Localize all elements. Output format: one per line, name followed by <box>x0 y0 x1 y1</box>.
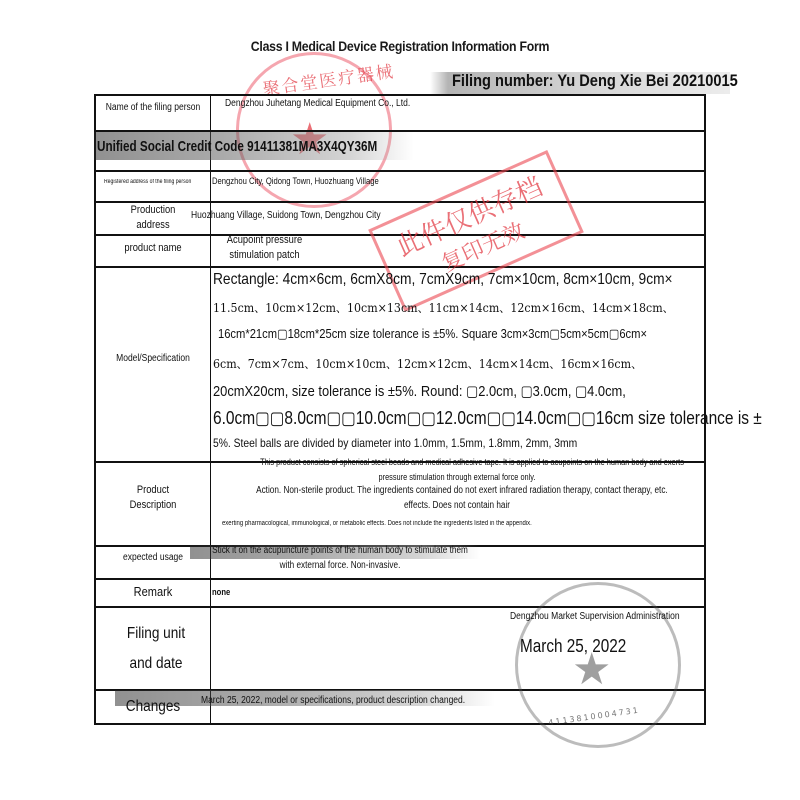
product-description-label-line1: Product <box>105 483 202 498</box>
production-address-value: Huozhuang Village, Suidong Town, Dengzho… <box>191 210 381 221</box>
expected-usage-line2: with external force. Non-invasive. <box>209 560 471 571</box>
product-name-value: Acupoint pressure stimulation patch <box>220 233 309 263</box>
filing-person-label: Name of the filing person <box>105 101 202 115</box>
registered-address-value: Dengzhou City, Qidong Town, Huozhuang Vi… <box>212 176 379 186</box>
model-spec-line: 11.5cm、10cm×12cm、10cm×13cm、11cm×14cm、12c… <box>213 299 674 316</box>
filing-unit-label-line2: and date <box>105 649 207 679</box>
filing-unit-label: Filing unit and date <box>105 619 207 678</box>
model-spec-label: Model/Specification <box>105 352 202 366</box>
remark-label: Remark <box>105 583 202 601</box>
product-name-line1: Acupoint pressure <box>220 233 309 248</box>
production-address-label: Production address <box>105 203 202 233</box>
filing-unit-label-line1: Filing unit <box>105 619 207 649</box>
model-spec-line: 20cmX20cm, size tolerance is ±5%. Round:… <box>213 382 626 400</box>
product-description-line: This product consists of spherical steel… <box>259 457 685 467</box>
production-address-label-line2: address <box>105 218 202 233</box>
changes-value: March 25, 2022, model or specifications,… <box>201 695 465 706</box>
model-spec-line: 6cm、7cm×7cm、10cm×10cm、12cm×12cm、14cm×14c… <box>213 355 642 372</box>
table-top-border <box>94 94 706 96</box>
product-description-line: pressure stimulation through external fo… <box>256 472 658 482</box>
filing-unit-name: Dengzhou Market Supervision Administrati… <box>510 611 680 622</box>
remark-value: none <box>212 587 230 597</box>
filing-person-value: Dengzhou Juhetang Medical Equipment Co.,… <box>225 98 410 109</box>
model-spec-line: Rectangle: 4cm×6cm, 6cmX8cm, 7cmX9cm, 7c… <box>213 271 673 289</box>
expected-usage-label: expected usage <box>105 551 202 565</box>
product-description-label-line2: Description <box>105 498 202 513</box>
production-address-label-line1: Production <box>105 203 202 218</box>
product-description-label: Product Description <box>105 483 202 513</box>
product-description-line: effects. Does not contain hair <box>256 500 658 511</box>
product-description-line: Action. Non-sterile product. The ingredi… <box>256 485 658 496</box>
product-description-line: exerting pharmacological, immunological,… <box>222 520 532 527</box>
model-spec-line: 6.0cm▢▢8.0cm▢▢10.0cm▢▢12.0cm▢▢14.0cm▢▢16… <box>213 408 762 429</box>
model-spec-line: 16cm*21cm▢18cm*25cm size tolerance is ±5… <box>218 326 647 342</box>
credit-code: Unified Social Credit Code 91411381MA3X4… <box>97 138 377 155</box>
row-divider <box>94 170 706 172</box>
filing-number: Filing number: Yu Deng Xie Bei 20210015 <box>452 71 738 91</box>
product-name-label: product name <box>105 241 202 256</box>
changes-label: Changes <box>105 696 202 718</box>
table-left-border <box>94 94 96 725</box>
document-title: Class I Medical Device Registration Info… <box>48 38 752 54</box>
registered-address-label: Registered address of the filing person <box>104 179 191 185</box>
expected-usage-line1: Stick it on the acupuncture points of th… <box>209 545 471 556</box>
model-spec-line: 5%. Steel balls are divided by diameter … <box>213 436 577 450</box>
row-divider <box>94 578 706 580</box>
column-divider <box>210 94 211 725</box>
product-name-line2: stimulation patch <box>220 248 309 263</box>
filing-date: March 25, 2022 <box>520 636 626 657</box>
